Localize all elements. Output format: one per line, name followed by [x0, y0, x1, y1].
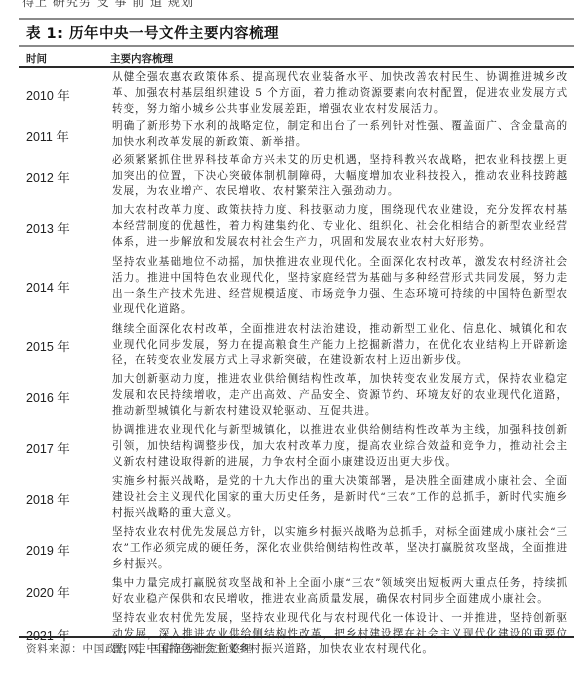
row-year: 2017 年 — [19, 439, 112, 457]
row-year: 2018 年 — [19, 490, 112, 508]
row-year: 2011 年 — [19, 127, 112, 145]
table-row: 2010 年 从健全强农惠农政策体系、提高现代农业装备水平、加快改善农村民生、协… — [19, 70, 574, 119]
row-year: 2019 年 — [19, 541, 112, 559]
partial-previous-text: 得上 研究另 支 筝 前 道 规划 — [22, 0, 194, 10]
row-year: 2015 年 — [19, 337, 112, 355]
row-content: 坚持农业基础地位不动摇，加快推进农业现代化。全面深化农村改革，激发农村经济社会活… — [112, 253, 574, 321]
bottom-rule — [19, 636, 574, 638]
row-year: 2020 年 — [19, 583, 112, 601]
table-row: 2015 年 继续全面深化农村改革，全面推进农村法治建设，推动新型工业化、信息化… — [19, 321, 574, 371]
table-row: 2013 年 加大农村改革力度、政策扶持力度、科技驱动力度，围绕现代农业建设，充… — [19, 202, 574, 253]
table-row: 2016 年 加大创新驱动力度，推进农业供给侧结构性改革，加快转变农业发展方式，… — [19, 371, 574, 422]
source-note: 资料来源：中国政府网，国信证券研究所整理 — [26, 641, 252, 656]
row-content: 实施乡村振兴战略，是党的十九大作出的重大决策部署，是决胜全面建成小康社会、全面建… — [112, 472, 574, 524]
table-title: 表 1: 历年中央一号文件主要内容梳理 — [26, 22, 279, 43]
row-year: 2012 年 — [19, 168, 112, 186]
header-content: 主要内容梳理 — [110, 51, 173, 66]
table-row: 2019 年 坚持农业农村优先发展总方针，以实施乡村振兴战略为总抓手，对标全面建… — [19, 524, 574, 575]
row-content: 加大农村改革力度、政策扶持力度、科技驱动力度，围绕现代农业建设，充分发挥农村基本… — [112, 201, 574, 253]
table-row: 2012 年 必须紧紧抓住世界科技革命方兴未艾的历史机遇，坚持科教兴农战略，把农… — [19, 152, 574, 202]
row-content: 协调推进农业现代化与新型城镇化，以推进农业供给侧结构性改革为主线，加强科技创新引… — [112, 421, 574, 473]
table-row: 2017 年 协调推进农业现代化与新型城镇化，以推进农业供给侧结构性改革为主线，… — [19, 422, 574, 473]
row-content: 加大创新驱动力度，推进农业供给侧结构性改革，加快转变农业发展方式，保持农业稳定发… — [112, 370, 574, 422]
top-rule — [19, 18, 574, 20]
table-row: 2020 年 集中力量完成打赢脱贫攻坚战和补上全面小康“三农”领域突出短板两大重… — [19, 575, 574, 609]
row-year: 2016 年 — [19, 388, 112, 406]
row-year: 2010 年 — [19, 86, 112, 104]
row-year: 2014 年 — [19, 278, 112, 296]
row-content: 从健全强农惠农政策体系、提高现代农业装备水平、加快改善农村民生、协调推进城乡改革… — [112, 68, 574, 120]
table-row: 2011 年 明确了新形势下水利的战略定位，制定和出台了一系列针对性强、覆盖面广… — [19, 119, 574, 152]
header-time: 时间 — [26, 51, 47, 66]
row-content: 坚持农业农村优先发展总方针，以实施乡村振兴战略为总抓手，对标全面建成小康社会“三… — [112, 523, 574, 575]
row-content: 集中力量完成打赢脱贫攻坚战和补上全面小康“三农”领域突出短板两大重点任务，持续抓… — [112, 574, 574, 610]
table-row: 2018 年 实施乡村振兴战略，是党的十九大作出的重大决策部署，是决胜全面建成小… — [19, 473, 574, 524]
table-row: 2014 年 坚持农业基础地位不动摇，加快推进农业现代化。全面深化农村改革，激发… — [19, 253, 574, 321]
row-content: 继续全面深化农村改革，全面推进农村法治建设，推动新型工业化、信息化、城镇化和农业… — [112, 320, 574, 372]
content-table: 2010 年 从健全强农惠农政策体系、提高现代农业装备水平、加快改善农村民生、协… — [19, 70, 574, 661]
row-year: 2013 年 — [19, 219, 112, 237]
row-content: 必须紧紧抓住世界科技革命方兴未艾的历史机遇，坚持科教兴农战略，把农业科技摆上更加… — [112, 151, 574, 203]
title-rule — [19, 45, 574, 47]
row-content: 明确了新形势下水利的战略定位，制定和出台了一系列针对性强、覆盖面广、含金量高的加… — [112, 117, 574, 153]
